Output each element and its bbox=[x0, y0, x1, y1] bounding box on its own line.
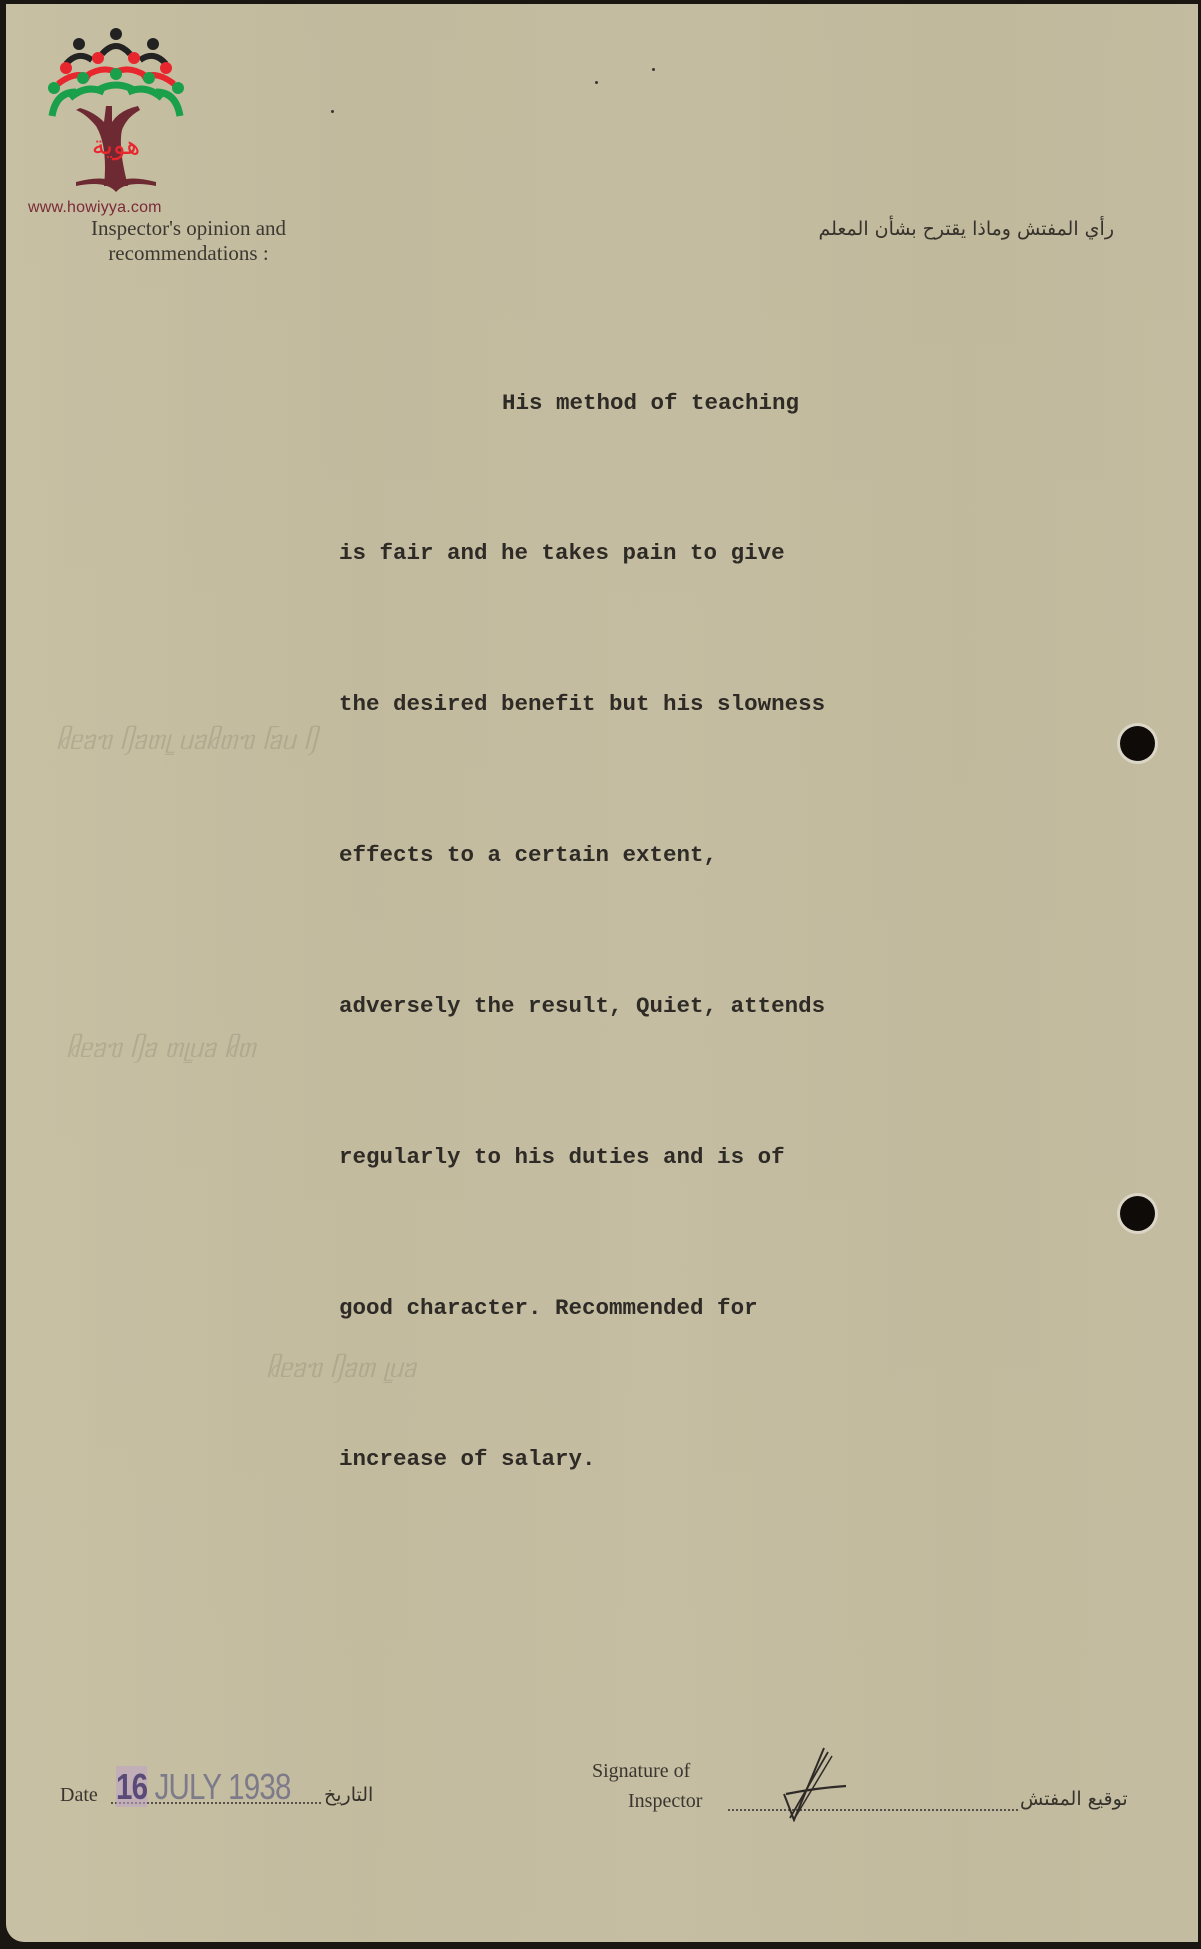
handwritten-signature-icon bbox=[776, 1744, 856, 1822]
date-stamp-day: 16 bbox=[116, 1766, 147, 1807]
opinion-line: adversely the result, Quiet, attends bbox=[339, 981, 825, 1031]
bleed-through-handwriting: ᥤᥱᥑᥓ ᥦᥑ ᥖᥧᥙᥑ ᥤᥖ bbox=[66, 1034, 256, 1065]
section-label-en-line2: recommendations : bbox=[56, 241, 321, 266]
opinion-line: effects to a certain extent, bbox=[339, 830, 825, 880]
paper-fleck bbox=[595, 81, 598, 84]
opinion-line: increase of salary. bbox=[339, 1434, 825, 1484]
opinion-line: His method of teaching bbox=[339, 378, 825, 428]
inspector-opinion-text: His method of teaching is fair and he ta… bbox=[339, 277, 825, 1585]
watermark-url: www.howiyya.com bbox=[28, 199, 162, 217]
date-label-en: Date bbox=[60, 1784, 98, 1807]
opinion-line: is fair and he takes pain to give bbox=[339, 528, 825, 578]
paper-fleck bbox=[652, 68, 655, 71]
tree-of-people-logo-icon: هوية bbox=[46, 26, 186, 201]
paper-fleck bbox=[331, 110, 334, 113]
date-label-ar: التاريخ bbox=[324, 1784, 373, 1806]
svg-text:هوية: هوية bbox=[92, 131, 140, 161]
section-label-ar: رأي المفتش وماذا يقترح بشأن المعلم bbox=[818, 218, 1114, 240]
opinion-line: regularly to his duties and is of bbox=[339, 1132, 825, 1182]
opinion-line: the desired benefit but his slowness bbox=[339, 679, 825, 729]
signature-dotted-line bbox=[728, 1809, 1018, 1811]
section-label-en-line1: Inspector's opinion and bbox=[56, 216, 321, 241]
punch-hole bbox=[1120, 726, 1155, 761]
signature-label-line1: Signature of bbox=[592, 1760, 690, 1783]
signature-label-ar: توقيع المفتش bbox=[1020, 1788, 1128, 1810]
bleed-through-handwriting: ᥤᥱᥑᥓ ᥦᥑᥖᥧ ᥙᥑᥤᥖᥓ ᥬᥑᥙ ᥦ bbox=[56, 726, 317, 757]
opinion-line: good character. Recommended for bbox=[339, 1283, 825, 1333]
signature-label-line2: Inspector bbox=[628, 1790, 702, 1813]
document-page: هوية www.howiyya.com Inspector's opinion… bbox=[6, 4, 1198, 1942]
date-stamp-month-year: JULY 1938 bbox=[155, 1766, 291, 1807]
date-stamp: 16 JULY 1938 bbox=[116, 1766, 291, 1808]
punch-hole bbox=[1120, 1196, 1155, 1231]
section-label-en: Inspector's opinion and recommendations … bbox=[56, 216, 321, 266]
